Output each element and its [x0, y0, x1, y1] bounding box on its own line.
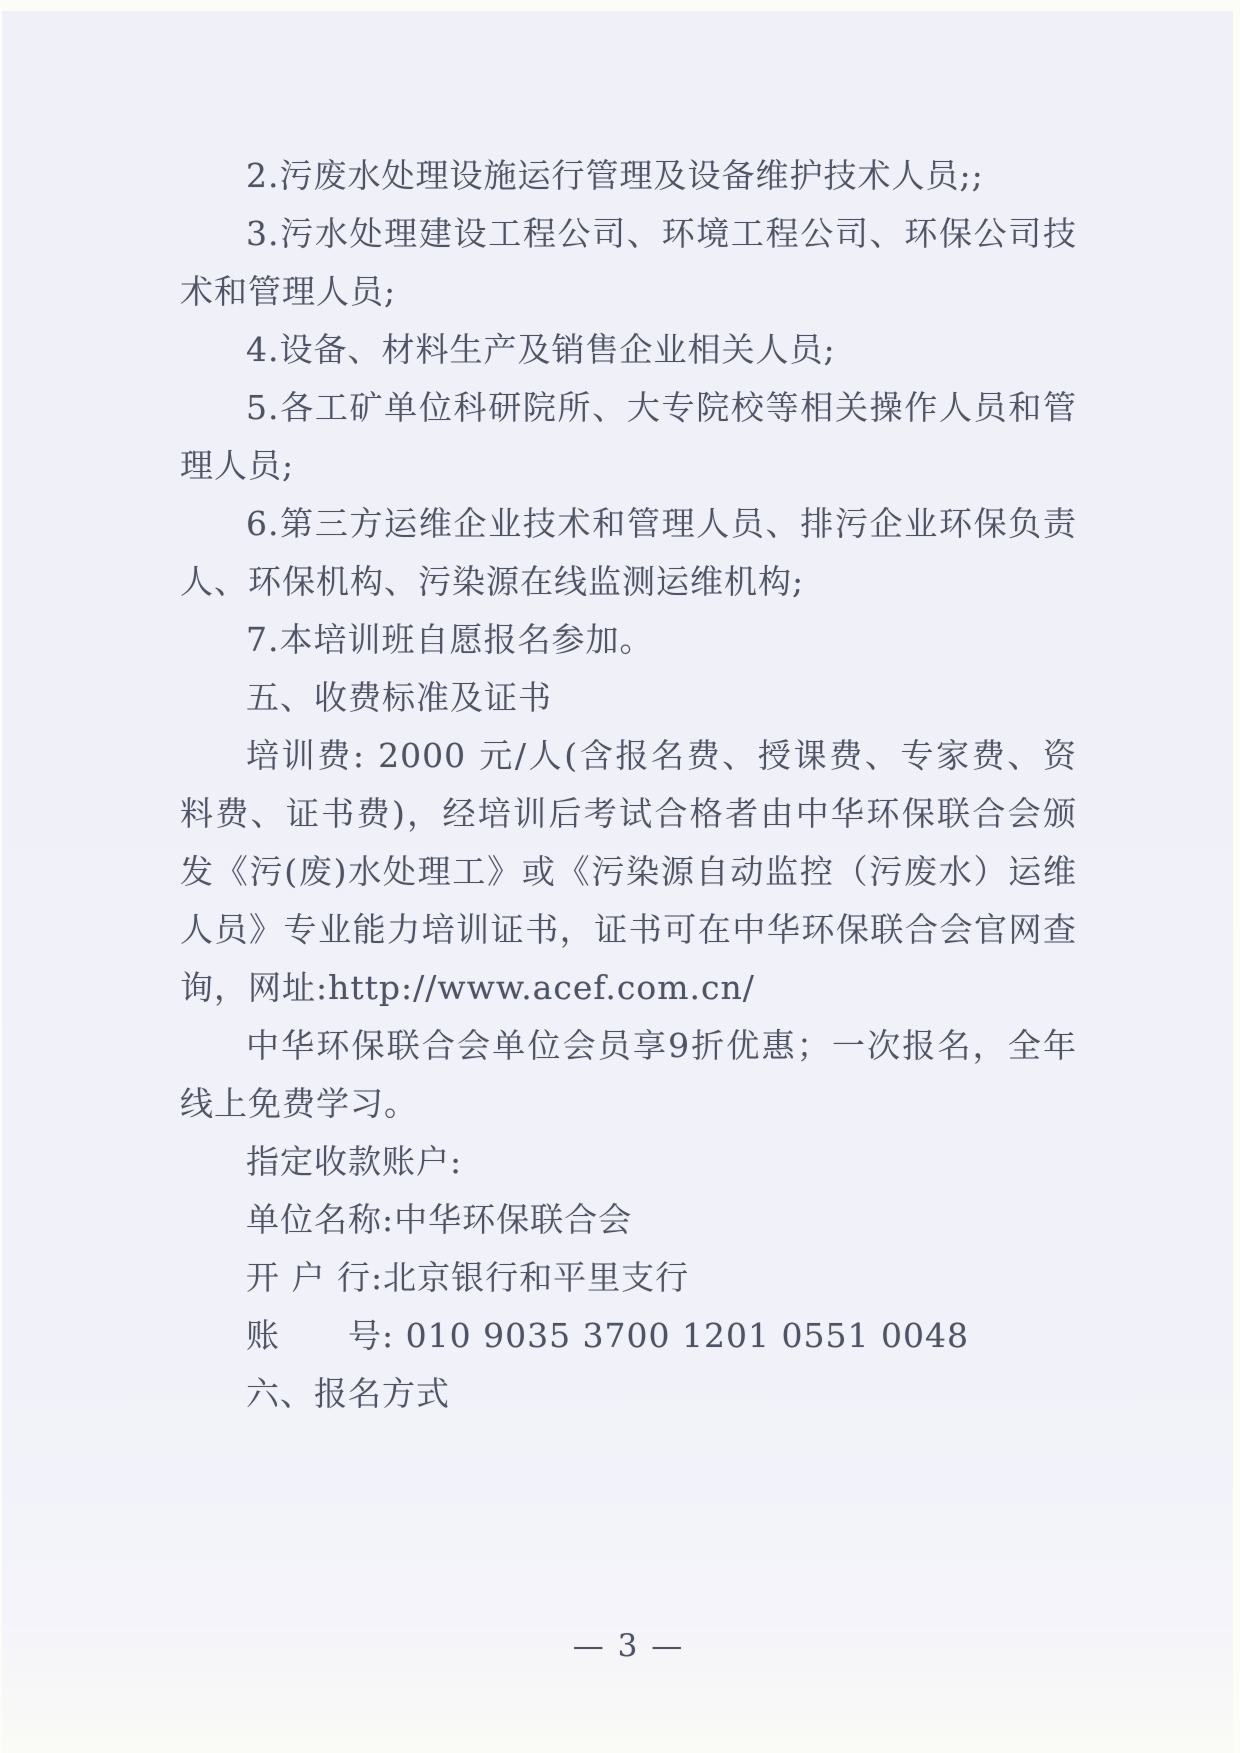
item-6-cont: 人、环保机构、污染源在线监测运维机构; [180, 553, 1077, 611]
section-heading-6: 六、报名方式 [180, 1365, 1077, 1423]
item-6: 6.第三方运维企业技术和管理人员、排污企业环保负责 [180, 495, 1077, 553]
item-3: 3.污水处理建设工程公司、环境工程公司、环保公司技 [180, 205, 1077, 263]
payment-account-title: 指定收款账户: [180, 1133, 1077, 1191]
fee-paragraph-line-5-website: 询，网址:http://www.acef.com.cn/ [180, 959, 1077, 1017]
fee-paragraph-line-2: 料费、证书费)，经培训后考试合格者由中华环保联合会颁 [180, 785, 1077, 843]
page-number: — 3 — [180, 1617, 1077, 1675]
section-heading-5: 五、收费标准及证书 [180, 669, 1077, 727]
item-5: 5.各工矿单位科研院所、大专院校等相关操作人员和管 [180, 379, 1077, 437]
payment-account-bank: 开 户 行:北京银行和平里支行 [180, 1249, 1077, 1307]
item-3-cont: 术和管理人员; [180, 263, 1077, 321]
fee-paragraph-line-1: 培训费: 2000 元/人(含报名费、授课费、专家费、资 [180, 727, 1077, 785]
item-7: 7.本培训班自愿报名参加。 [180, 611, 1077, 669]
item-4: 4.设备、材料生产及销售企业相关人员; [180, 321, 1077, 379]
discount-paragraph-line-2: 线上免费学习。 [180, 1075, 1077, 1133]
scanned-page: 2.污废水处理设施运行管理及设备维护技术人员;; 3.污水处理建设工程公司、环境… [2, 11, 1233, 1753]
document-body: 2.污废水处理设施运行管理及设备维护技术人员;; 3.污水处理建设工程公司、环境… [180, 147, 1077, 1423]
item-2: 2.污废水处理设施运行管理及设备维护技术人员;; [180, 147, 1077, 205]
fee-paragraph-line-3: 发《污(废)水处理工》或《污染源自动监控（污废水）运维 [180, 843, 1077, 901]
fee-paragraph-line-4: 人员》专业能力培训证书，证书可在中华环保联合会官网查 [180, 901, 1077, 959]
payment-account-number: 账 号: 010 9035 3700 1201 0551 0048 [180, 1307, 1077, 1365]
item-5-cont: 理人员; [180, 437, 1077, 495]
discount-paragraph-line-1: 中华环保联合会单位会员享9折优惠；一次报名，全年 [180, 1017, 1077, 1075]
payment-account-name: 单位名称:中华环保联合会 [180, 1191, 1077, 1249]
